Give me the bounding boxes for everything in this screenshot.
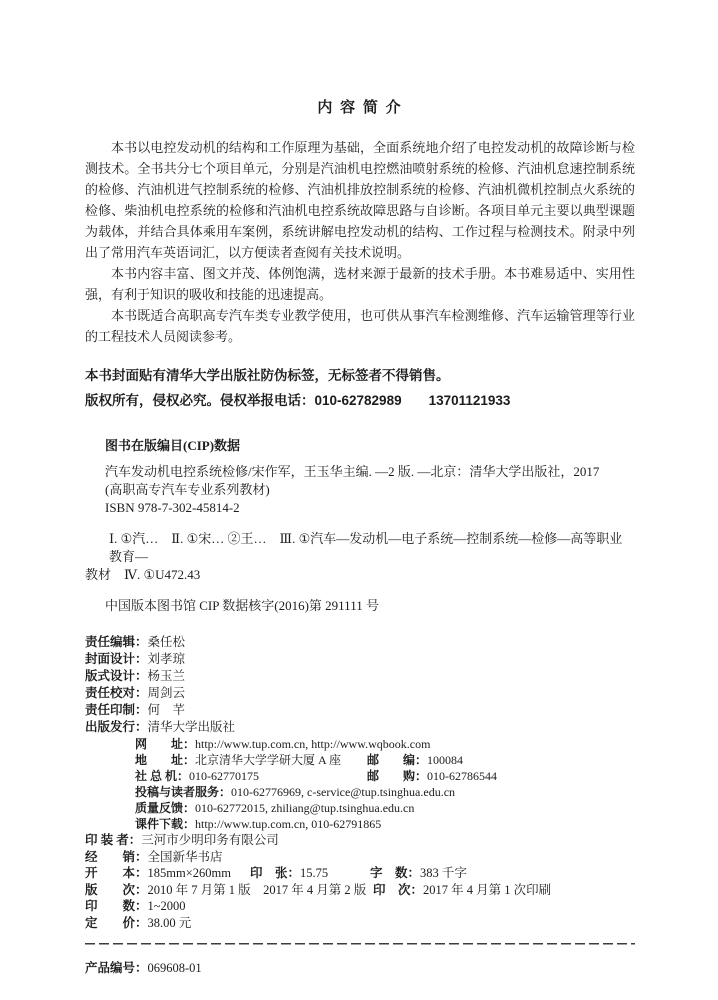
credit-row-layout-design: 版式设计：杨玉兰 <box>85 668 635 685</box>
mailorder-value: 010-62786544 <box>427 769 497 783</box>
cip-description: 汽车发动机电控系统检修/宋作军，王玉华主编. —2 版. —北京：清华大学出版社… <box>85 463 635 481</box>
edition-label: 版 次： <box>85 883 148 897</box>
word-count-label: 字 数： <box>370 866 420 880</box>
cip-registry-number: 中国版本图书馆 CIP 数据核字(2016)第 291111 号 <box>85 597 635 615</box>
reader-service-value: 010-62776969, c-service@tup.tsinghua.edu… <box>231 785 455 799</box>
print-run-label: 印 数： <box>85 899 148 913</box>
switchboard-cell: 社 总 机：010-62770175 <box>135 768 367 784</box>
intro-paragraph-1: 本书以电控发动机的结构和工作原理为基础，全面系统地介绍了电控发动机的故障诊断与检… <box>85 137 635 263</box>
credit-value: 桑任松 <box>148 635 186 649</box>
cip-block: 图书在版编目(CIP)数据 汽车发动机电控系统检修/宋作军，王玉华主编. —2 … <box>85 435 635 615</box>
switchboard-value: 010-62770175 <box>189 769 259 783</box>
cip-isbn: ISBN 978-7-302-45814-2 <box>85 499 635 517</box>
intro-paragraph-3: 本书既适合高职高专汽车类专业教学使用，也可供从事汽车检测维修、汽车运输管理等行业… <box>85 305 635 347</box>
sheets-cell: 印 张：15.75 <box>250 865 370 882</box>
courseware-label: 课件下载： <box>135 817 195 831</box>
credits-block: 责任编辑：桑任松 封面设计：刘孝琼 版式设计：杨玉兰 责任校对：周剑云 责任印制… <box>85 634 635 736</box>
cip-header: 图书在版编目(CIP)数据 <box>85 435 635 454</box>
reader-service-row: 投稿与读者服务：010-62776969, c-service@tup.tsin… <box>135 784 635 800</box>
product-number-value: 069608-01 <box>148 961 202 975</box>
publisher-contact-block: 网 址：http://www.tup.com.cn, http://www.wq… <box>85 736 635 832</box>
price-row: 定 价：38.00 元 <box>85 915 635 932</box>
price-value: 38.00 元 <box>148 916 192 930</box>
website-value: http://www.tup.com.cn, http://www.wqbook… <box>195 737 430 751</box>
impression-value: 2017 年 4 月第 1 次印刷 <box>423 883 551 897</box>
distributor-row: 经 销：全国新华书店 <box>85 849 635 866</box>
website-label: 网 址： <box>135 737 195 751</box>
format-value: 185mm×260mm <box>148 866 231 880</box>
zip-cell: 邮 编：100084 <box>367 753 463 767</box>
format-row: 开 本：185mm×260mm印 张：15.75字 数：383 千字 <box>85 865 635 882</box>
sheets-label: 印 张： <box>250 866 300 880</box>
impression-label: 印 次： <box>373 883 423 897</box>
credit-row-publisher: 出版发行：清华大学出版社 <box>85 719 635 736</box>
quality-feedback-value: 010-62772015, zhiliang@tup.tsinghua.edu.… <box>195 801 414 815</box>
address-label: 地 址： <box>135 753 195 767</box>
credit-value: 何 芊 <box>148 703 186 717</box>
copyright-warning-line: 版权所有，侵权必究。侵权举报电话：010-62782989 1370112193… <box>85 388 635 413</box>
word-count-cell: 字 数：383 千字 <box>370 866 467 880</box>
edition-cell: 版 次：2010 年 7 月第 1 版 2017 年 4 月第 2 版 <box>85 882 373 899</box>
switchboard-row: 社 总 机：010-62770175邮 购：010-62786544 <box>135 768 635 784</box>
intro-paragraph-2: 本书内容丰富、图文并茂、体例饱满，选材来源于最新的技术手册。本书难易适中、实用性… <box>85 263 635 305</box>
distributor-label: 经 销： <box>85 850 148 864</box>
reader-service-label: 投稿与读者服务： <box>135 785 231 799</box>
address-value: 北京清华大学学研大厦 A 座 <box>195 753 341 767</box>
credit-value: 杨玉兰 <box>148 669 186 683</box>
zip-label: 邮 编： <box>367 753 427 767</box>
print-run-row: 印 数：1~2000 <box>85 898 635 915</box>
credit-row-print-supervisor: 责任印制：何 芊 <box>85 702 635 719</box>
cip-classification-line-2: 教材 Ⅳ. ①U472.43 <box>85 566 635 584</box>
courseware-row: 课件下载：http://www.tup.com.cn, 010-62791865 <box>135 816 635 832</box>
credit-row-editor: 责任编辑：桑任松 <box>85 634 635 651</box>
printer-value: 三河市少明印务有限公司 <box>141 833 279 847</box>
distributor-value: 全国新华书店 <box>148 850 223 864</box>
website-row: 网 址：http://www.tup.com.cn, http://www.wq… <box>135 736 635 752</box>
quality-feedback-label: 质量反馈： <box>135 801 195 815</box>
impression-cell: 印 次：2017 年 4 月第 1 次印刷 <box>373 883 551 897</box>
anti-piracy-line: 本书封面贴有清华大学出版社防伪标签，无标签者不得销售。 <box>85 363 635 388</box>
switchboard-label: 社 总 机： <box>135 769 189 783</box>
credit-value: 周剑云 <box>148 686 186 700</box>
credit-label: 责任印制： <box>85 703 148 717</box>
sheets-value: 15.75 <box>300 866 328 880</box>
product-number-row: 产品编号：069608-01 <box>85 960 635 977</box>
anti-piracy-notice: 本书封面贴有清华大学出版社防伪标签，无标签者不得销售。 版权所有，侵权必究。侵权… <box>85 363 635 413</box>
cip-classification-line-1: Ⅰ. ①汽… Ⅱ. ①宋… ②王… Ⅲ. ①汽车—发动机—电子系统—控制系统—检… <box>85 530 635 566</box>
price-label: 定 价： <box>85 916 148 930</box>
courseware-value: http://www.tup.com.cn, 010-62791865 <box>195 817 381 831</box>
edition-value: 2010 年 7 月第 1 版 2017 年 4 月第 2 版 <box>148 883 367 897</box>
credit-label: 版式设计： <box>85 669 148 683</box>
product-number-label: 产品编号： <box>85 961 148 975</box>
mailorder-label: 邮 购： <box>367 769 427 783</box>
quality-feedback-row: 质量反馈：010-62772015, zhiliang@tup.tsinghua… <box>135 800 635 816</box>
dashed-divider <box>85 943 635 945</box>
mailorder-cell: 邮 购：010-62786544 <box>367 769 497 783</box>
address-cell: 地 址：北京清华大学学研大厦 A 座 <box>135 752 367 768</box>
credit-label: 出版发行： <box>85 720 148 734</box>
credit-label: 责任编辑： <box>85 635 148 649</box>
publisher-name: 清华大学出版社 <box>148 720 236 734</box>
credit-row-proofreader: 责任校对：周剑云 <box>85 685 635 702</box>
credit-value: 刘孝琼 <box>148 652 186 666</box>
copyright-page: 内 容 简 介 本书以电控发动机的结构和工作原理为基础，全面系统地介绍了电控发动… <box>0 0 718 1000</box>
printing-info-block: 印 装 者：三河市少明印务有限公司 经 销：全国新华书店 开 本：185mm×2… <box>85 832 635 931</box>
address-row: 地 址：北京清华大学学研大厦 A 座邮 编：100084 <box>135 752 635 768</box>
credit-row-cover-design: 封面设计：刘孝琼 <box>85 651 635 668</box>
printer-row: 印 装 者：三河市少明印务有限公司 <box>85 832 635 849</box>
printer-label: 印 装 者： <box>85 833 141 847</box>
content-summary-title: 内 容 简 介 <box>85 96 635 117</box>
zip-value: 100084 <box>427 753 463 767</box>
format-label: 开 本： <box>85 866 148 880</box>
cip-series: (高职高专汽车专业系列教材) <box>85 481 635 499</box>
format-cell: 开 本：185mm×260mm <box>85 865 250 882</box>
print-run-value: 1~2000 <box>148 899 186 913</box>
word-count-value: 383 千字 <box>420 866 467 880</box>
credit-label: 责任校对： <box>85 686 148 700</box>
credit-label: 封面设计： <box>85 652 148 666</box>
edition-row: 版 次：2010 年 7 月第 1 版 2017 年 4 月第 2 版印 次：2… <box>85 882 635 899</box>
